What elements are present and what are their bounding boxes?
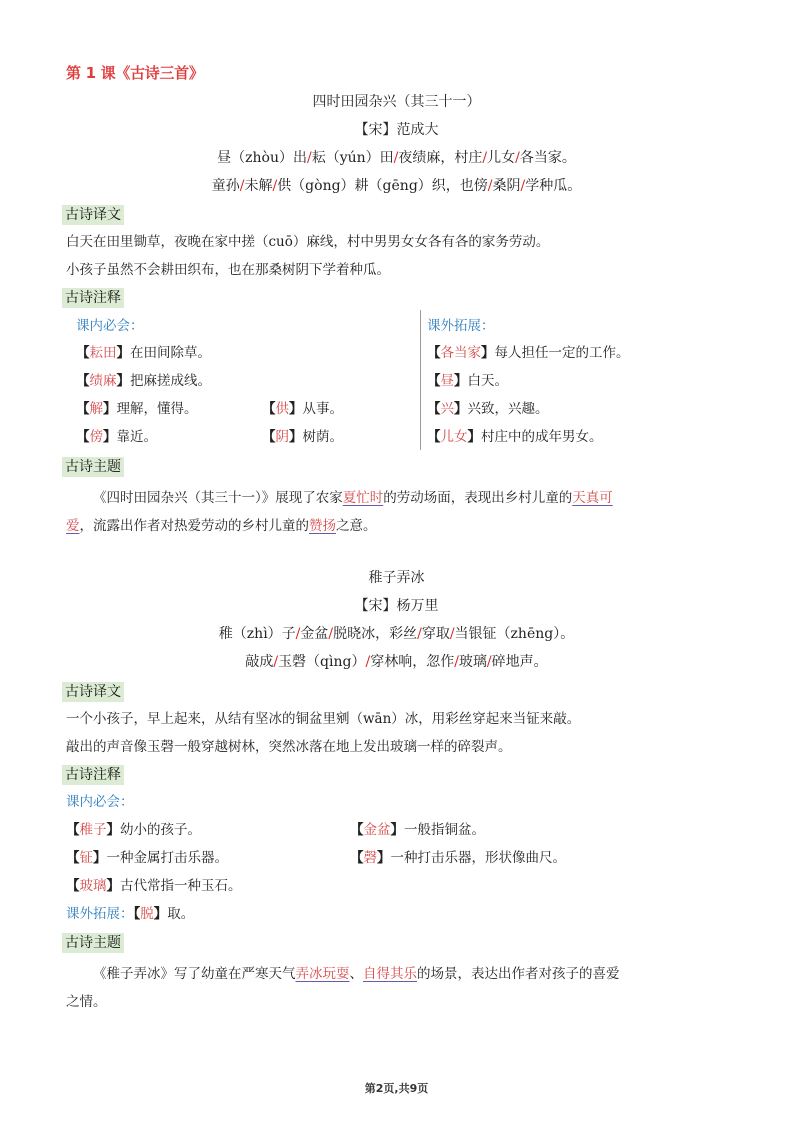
poem-2-note: 【稚子】幼小的孩子。: [66, 820, 201, 840]
poem-1-theme-text: 《四时田园杂兴（其三十一）》展现了农家夏忙时的劳动场面，表现出乡村儿童的天真可爱…: [66, 484, 726, 540]
theme-highlight: 天真可: [572, 490, 613, 506]
lesson-title: 第 1 课《古诗三首》: [66, 62, 204, 83]
poem-1-theme-heading: 古诗主题: [62, 457, 124, 477]
poem-2-note: 【钲】一种金属打击乐器。: [66, 848, 228, 868]
poem-1-translation-line-1: 白天在田里锄草，夜晚在家中搓（cuō）麻线，村中男男女女各有各的家务劳动。: [66, 232, 549, 252]
poem-1-title: 四时田园杂兴（其三十一）: [0, 92, 793, 112]
poem-2-note: 【玻璃】古代常指一种玉石。: [66, 876, 242, 896]
theme-highlight: 弄冰玩耍: [296, 966, 350, 982]
poem-1-notes-heading: 古诗注释: [62, 288, 124, 308]
poem-2-theme-heading: 古诗主题: [62, 933, 124, 953]
theme-highlight: 自得其乐: [363, 966, 417, 982]
poem-2-translation-heading: 古诗译文: [62, 682, 124, 702]
page-number: 第2页,共9页: [0, 1080, 793, 1096]
poem-1-note: 【耘田】在田间除草。: [76, 343, 211, 363]
poem-2-in-class-label: 课内必会：: [66, 792, 134, 812]
poem-1-note: 【阴】树荫。: [262, 427, 343, 447]
poem-1-extended-label: 课外拓展：: [427, 316, 495, 336]
poem-1-note: 【绩麻】把麻搓成线。: [76, 371, 211, 391]
poem-2-author: 【宋】杨万里: [0, 596, 793, 616]
poem-1-line-2: 童孙/未解/供（gòng）耕（gēng）织，也傍/桑阴/学种瓜。: [0, 176, 793, 196]
poem-1-translation-line-2: 小孩子虽然不会耕田织布，也在那桑树阴下学着种瓜。: [66, 260, 390, 280]
poem-2-title: 稚子弄冰: [0, 568, 793, 588]
column-divider: [420, 310, 421, 450]
poem-2-note: 【磬】一种打击乐器，形状像曲尺。: [350, 848, 566, 868]
poem-2-theme-text: 《稚子弄冰》写了幼童在严寒天气弄冰玩耍、自得其乐的场景，表达出作者对孩子的喜爱之…: [66, 960, 726, 1016]
poem-1-note: 【供】从事。: [262, 399, 343, 419]
poem-1-extended-note: 【各当家】每人担任一定的工作。: [427, 343, 630, 363]
theme-highlight: 赞扬: [309, 518, 336, 534]
poem-1-note: 【解】理解，懂得。: [76, 399, 198, 419]
poem-2-translation-line-2: 敲出的声音像玉磬一般穿越树林，突然冰落在地上发出玻璃一样的碎裂声。: [66, 737, 512, 757]
poem-1-extended-note: 【儿女】村庄中的成年男女。: [427, 427, 603, 447]
poem-2-translation-line-1: 一个小孩子，早上起来，从结有坚冰的铜盆里剜（wān）冰，用彩丝穿起来当钲来敲。: [66, 709, 580, 729]
poem-1-extended-note: 【昼】白天。: [427, 371, 508, 391]
theme-highlight: 爱: [66, 518, 80, 534]
poem-1-note: 【傍】靠近。: [76, 427, 157, 447]
poem-1-extended-note: 【兴】兴致，兴趣。: [427, 399, 549, 419]
poem-2-extended-note: 课外拓展：【脱】取。: [66, 904, 194, 924]
poem-1-line-1: 昼（zhòu）出/耘（yún）田/夜绩麻，村庄/儿女/各当家。: [0, 148, 793, 168]
poem-1-author: 【宋】范成大: [0, 120, 793, 140]
poem-1-in-class-label: 课内必会：: [76, 316, 144, 336]
poem-2-note: 【金盆】一般指铜盆。: [350, 820, 485, 840]
poem-2-line-2: 敲成/玉磬（qìng）/穿林响，忽作/玻璃/碎地声。: [0, 652, 793, 672]
poem-1-translation-heading: 古诗译文: [62, 205, 124, 225]
theme-highlight: 夏忙时: [343, 490, 384, 506]
poem-2-line-1: 稚（zhì）子/金盆/脱晓冰，彩丝/穿取/当银钲（zhēng）。: [0, 624, 793, 644]
poem-2-notes-heading: 古诗注释: [62, 765, 124, 785]
